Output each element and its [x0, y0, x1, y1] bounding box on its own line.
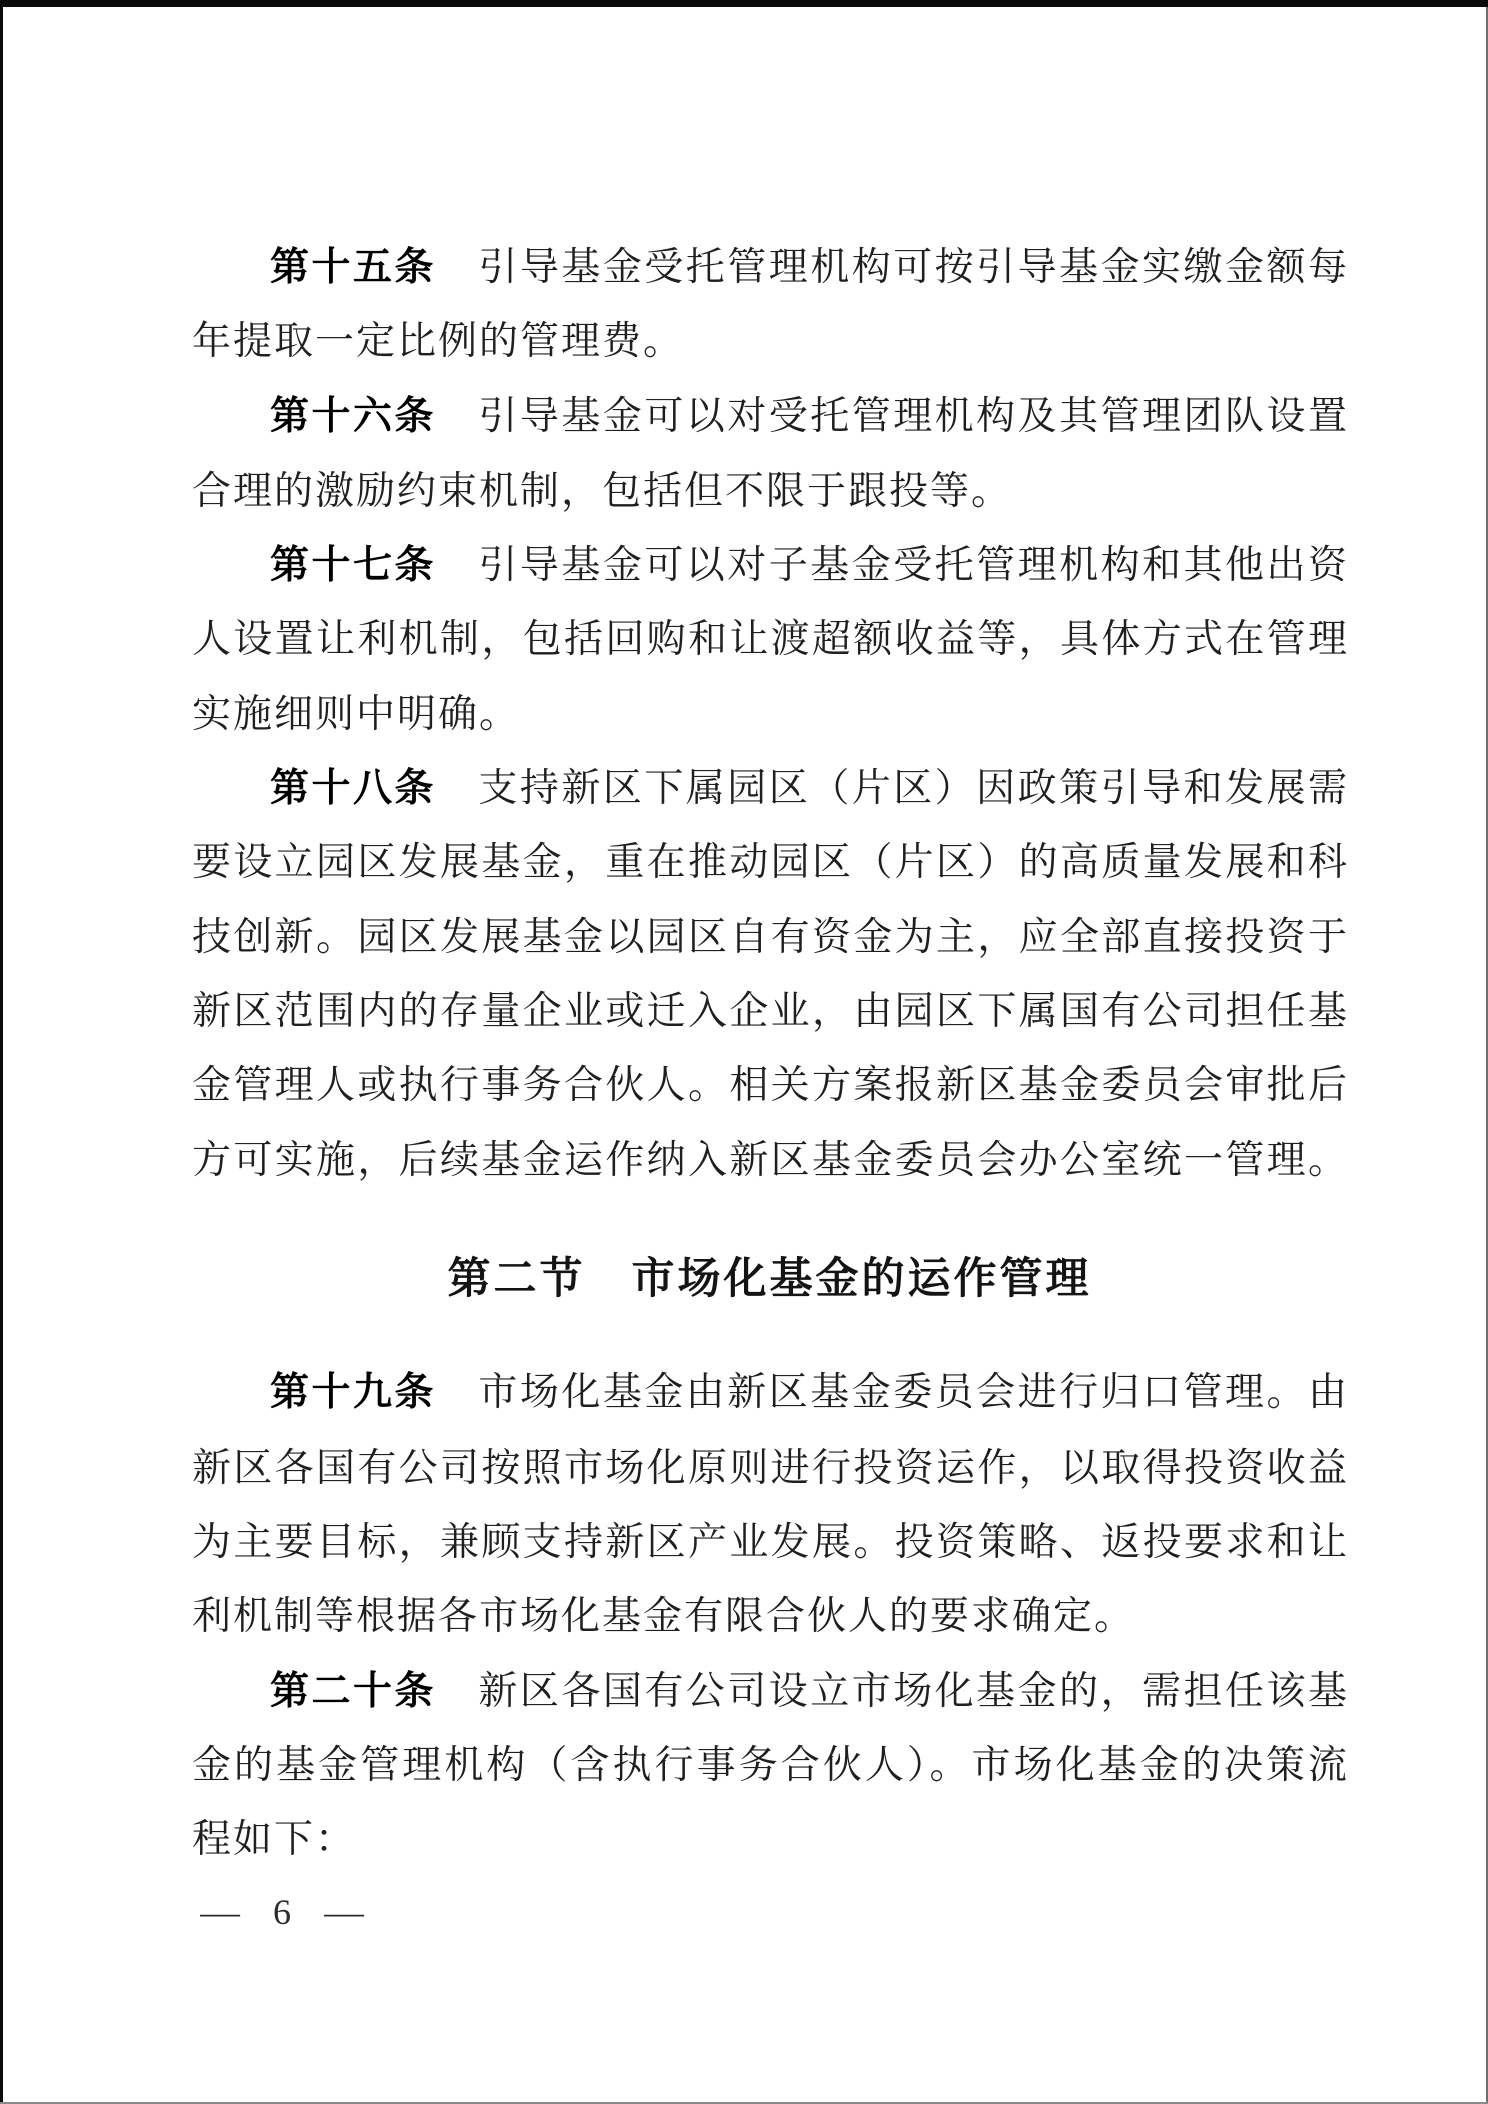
article-first-line: 第二十条新区各国有公司设立市场化基金的，需担任该基 — [192, 1667, 1347, 1717]
line-text: 方可实施，后续基金运作纳入新区基金委员会办公室统一管理。 — [192, 1139, 1347, 1182]
line-text: 人设置让利机制，包括回购和让渡超额收益等，具体方式在管理 — [192, 618, 1347, 661]
article-number: 第十五条 — [270, 245, 436, 290]
text-line: 年提取一定比例的管理费。 — [192, 317, 1347, 367]
line-text: 年提取一定比例的管理费。 — [192, 320, 684, 363]
line-text: 为主要目标，兼顾支持新区产业发展。投资策略、返投要求和让 — [192, 1521, 1347, 1564]
line-text: 市场化基金由新区基金委员会进行归口管理。由 — [476, 1371, 1347, 1414]
line-text: 新区各国有公司按照市场化原则进行投资运作，以取得投资收益 — [192, 1447, 1347, 1490]
article-number: 第十七条 — [270, 543, 436, 588]
document-page: 第二节 市场化基金的运作管理 — 6 — 第十五条引导基金受托管理机构可按引导基… — [0, 0, 1488, 2104]
line-text: 引导基金可以对子基金受托管理机构和其他出资 — [476, 544, 1347, 587]
page-number: 6 — [273, 1892, 291, 1932]
line-text: 金管理人或执行事务合伙人。相关方案报新区基金委员会审批后 — [192, 1064, 1347, 1107]
scan-edge-left — [0, 0, 3, 2104]
line-text: 金的基金管理机构（含执行事务合伙人）。市场化基金的决策流 — [192, 1744, 1347, 1787]
article-number: 第十八条 — [270, 766, 436, 811]
text-line: 新区范围内的存量企业或迁入企业，由园区下属国有公司担任基 — [192, 987, 1347, 1037]
article-first-line: 第十八条支持新区下属园区（片区）因政策引导和发展需 — [192, 764, 1347, 814]
text-line: 实施细则中明确。 — [192, 690, 1347, 740]
text-line: 要设立园区发展基金，重在推动园区（片区）的高质量发展和科 — [192, 838, 1347, 888]
text-body: 第二节 市场化基金的运作管理 — 6 — 第十五条引导基金受托管理机构可按引导基… — [192, 0, 1347, 2104]
line-text: 支持新区下属园区（片区）因政策引导和发展需 — [476, 767, 1347, 810]
text-line: 金的基金管理机构（含执行事务合伙人）。市场化基金的决策流 — [192, 1741, 1347, 1791]
footer-left-dash: — — [200, 1890, 240, 1934]
line-text: 实施细则中明确。 — [192, 693, 520, 736]
text-line: 利机制等根据各市场化基金有限合伙人的要求确定。 — [192, 1592, 1347, 1642]
footer-right-dash: — — [324, 1890, 364, 1934]
text-line: 金管理人或执行事务合伙人。相关方案报新区基金委员会审批后 — [192, 1061, 1347, 1111]
article-first-line: 第十九条市场化基金由新区基金委员会进行归口管理。由 — [192, 1368, 1347, 1418]
text-line: 新区各国有公司按照市场化原则进行投资运作，以取得投资收益 — [192, 1444, 1347, 1494]
line-text: 程如下： — [192, 1818, 356, 1861]
line-text: 合理的激励约束机制，包括但不限于跟投等。 — [192, 470, 1012, 513]
line-text: 技创新。园区发展基金以园区自有资金为主，应全部直接投资于 — [192, 916, 1347, 959]
article-number: 第十六条 — [270, 394, 436, 439]
article-first-line: 第十五条引导基金受托管理机构可按引导基金实缴金额每 — [192, 243, 1347, 293]
text-line: 技创新。园区发展基金以园区自有资金为主，应全部直接投资于 — [192, 913, 1347, 963]
line-text: 要设立园区发展基金，重在推动园区（片区）的高质量发展和科 — [192, 841, 1347, 884]
line-text: 利机制等根据各市场化基金有限合伙人的要求确定。 — [192, 1595, 1135, 1638]
article-number: 第十九条 — [270, 1370, 436, 1415]
line-text: 引导基金可以对受托管理机构及其管理团队设置 — [476, 395, 1347, 438]
line-text: 新区范围内的存量企业或迁入企业，由园区下属国有公司担任基 — [192, 990, 1347, 1033]
article-first-line: 第十七条引导基金可以对子基金受托管理机构和其他出资 — [192, 541, 1347, 591]
article-first-line: 第十六条引导基金可以对受托管理机构及其管理团队设置 — [192, 392, 1347, 442]
text-line: 为主要目标，兼顾支持新区产业发展。投资策略、返投要求和让 — [192, 1518, 1347, 1568]
article-number: 第二十条 — [270, 1669, 436, 1714]
text-line: 程如下： — [192, 1815, 1347, 1865]
page-footer: — 6 — — [202, 1890, 362, 1934]
text-line: 合理的激励约束机制，包括但不限于跟投等。 — [192, 467, 1347, 517]
text-line: 人设置让利机制，包括回购和让渡超额收益等，具体方式在管理 — [192, 615, 1347, 665]
line-text: 新区各国有公司设立市场化基金的，需担任该基 — [476, 1670, 1347, 1713]
text-line: 方可实施，后续基金运作纳入新区基金委员会办公室统一管理。 — [192, 1136, 1347, 1186]
line-text: 引导基金受托管理机构可按引导基金实缴金额每 — [476, 246, 1347, 289]
section-heading: 第二节 市场化基金的运作管理 — [192, 1252, 1347, 1308]
